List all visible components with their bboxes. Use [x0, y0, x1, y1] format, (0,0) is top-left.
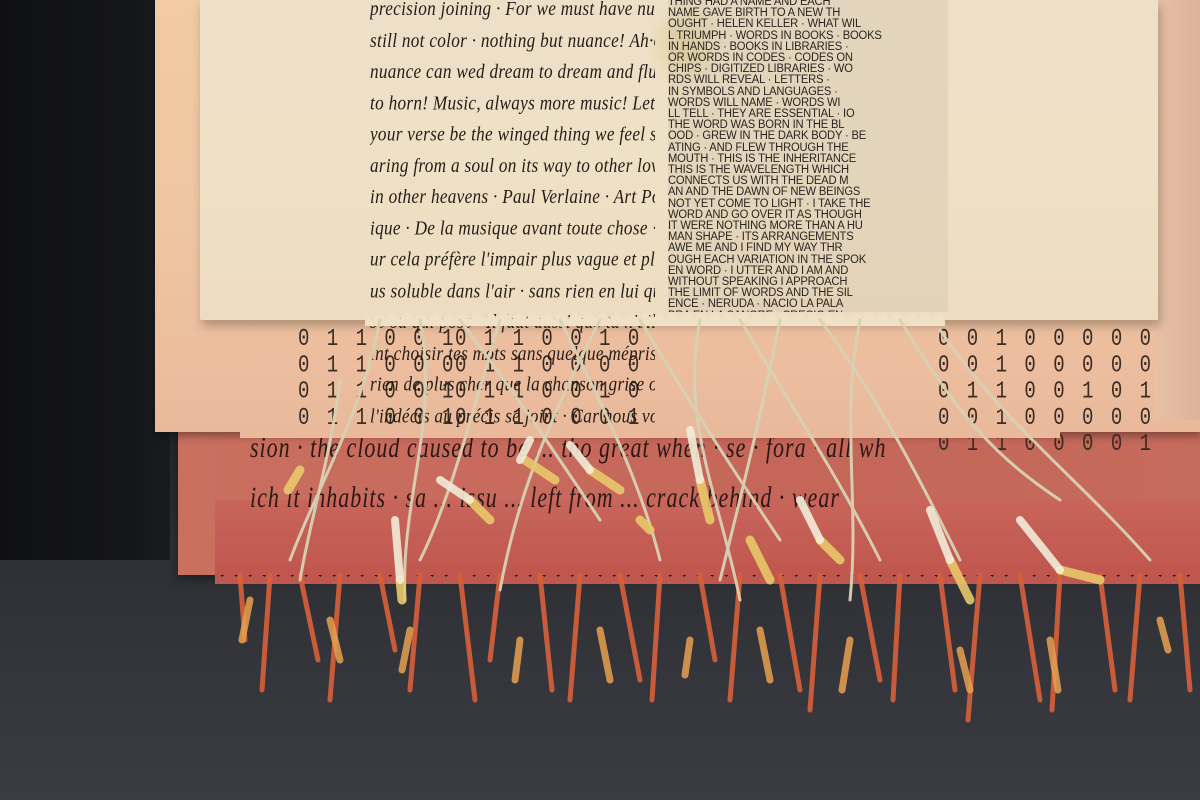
binary-row: 0 0 1 0 0 0 0 0	[938, 353, 1154, 379]
artwork-photo: sion · the cloud caused to be ... tho gr…	[0, 0, 1200, 800]
calligraphy-line: ique · De la musique avant toute chose ·…	[370, 213, 655, 244]
calligraphy-line: rien de plus cher que la chanson grise o…	[370, 369, 655, 400]
calligraphy-line: still not color · nothing but nuance! Ah…	[370, 25, 655, 56]
capitals-line: WITHOUT SPEAKING I APPROACH	[668, 276, 926, 287]
calligraphy-line: int choisir tes mots sans quelque mépris…	[370, 338, 655, 369]
calligraphy-line: in other heavens · Paul Verlaine · Art P…	[370, 182, 655, 213]
capitals-line: RDS WILL REVEAL · LETTERS ·	[668, 74, 926, 85]
capitals-line: THE LIMIT OF WORDS AND THE SIL	[668, 287, 926, 298]
capitals-line: THE WORD WAS BORN IN THE BL	[668, 119, 926, 130]
capitals-line: IN SYMBOLS AND LANGUAGES ·	[668, 86, 926, 97]
capitals-line: L TRIUMPH · WORDS IN BOOKS · BOOKS	[668, 30, 926, 41]
capitals-line: ENCE · NERUDA · NACIO LA PALA	[668, 298, 926, 309]
peach-paper-edge	[1155, 0, 1200, 420]
torn-edge-peach	[240, 424, 1060, 438]
calligraphy-line: nuance can wed dream to dream and flute	[370, 57, 655, 88]
capitals-line: OOD · GREW IN THE DARK BODY · BE	[668, 130, 926, 141]
capitals-line: NOT YET COME TO LIGHT · I TAKE THE	[668, 198, 926, 209]
capitals-line: EN WORD · I UTTER AND I AM AND	[668, 265, 926, 276]
capitals-line: CHIPS · DIGITIZED LIBRARIES · WO	[668, 63, 926, 74]
binary-row: 0 1 1 0 0 1 0 1	[938, 379, 1154, 405]
calligraphy-column-verlaine: precision joining · For we must have nua…	[370, 0, 655, 432]
capitals-line: WORD AND GO OVER IT AS THOUGH	[668, 209, 926, 220]
capitals-line: OUGHT · HELEN KELLER · WHAT WIL	[668, 18, 926, 29]
calligraphy-line: precision joining · For we must have nua…	[370, 0, 655, 25]
calligraphy-line: your verse be the winged thing we feel s…	[370, 119, 655, 150]
capitals-line: AN AND THE DAWN OF NEW BEINGS	[668, 186, 926, 197]
red-sheet-text-line: ich it inhabits · sa ... issu ... left f…	[250, 480, 840, 515]
capitals-line: THING HAD A NAME AND EACH	[668, 0, 926, 7]
dark-background	[0, 0, 170, 560]
calligraphy-line: aring from a soul on its way to other lo…	[370, 150, 655, 181]
capitals-line: MAN SHAPE · ITS ARRANGEMENTS	[668, 231, 926, 242]
capitals-line: MOUTH · THIS IS THE INHERITANCE	[668, 153, 926, 164]
calligraphy-line: us soluble dans l'air · sans rien en lui…	[370, 275, 655, 306]
capitals-line: NAME GAVE BIRTH TO A NEW TH	[668, 7, 926, 18]
torn-edge-cream	[365, 312, 945, 326]
capitals-line: THIS IS THE WAVELENGTH WHICH	[668, 164, 926, 175]
capitals-line: IN HANDS · BOOKS IN LIBRARIES ·	[668, 41, 926, 52]
calligraphy-line: ur cela préfère l'impair plus vague et p…	[370, 244, 655, 275]
capitals-line: OUGH EACH VARIATION IN THE SPOK	[668, 254, 926, 265]
binary-row: 0 0 1 0 0 0 0 0	[938, 326, 1154, 352]
capitals-line: WORDS WILL NAME · WORDS WI	[668, 97, 926, 108]
capitals-line: AWE ME AND I FIND MY WAY THR	[668, 242, 926, 253]
capitals-line: ATING · AND FLEW THROUGH THE	[668, 142, 926, 153]
calligraphy-line: to horn! Music, always more music! Let	[370, 88, 655, 119]
capitals-line: OR WORDS IN CODES · CODES ON	[668, 52, 926, 63]
capitals-line: IT WERE NOTHING MORE THAN A HU	[668, 220, 926, 231]
capitals-line: LL TELL · THEY ARE ESSENTIAL · IO	[668, 108, 926, 119]
capitals-line: CONNECTS US WITH THE DEAD M	[668, 175, 926, 186]
calligraphy-column-capitals: THING HAD A NAME AND EACH NAME GAVE BIRT…	[668, 0, 948, 312]
torn-edge-red	[215, 570, 1200, 584]
